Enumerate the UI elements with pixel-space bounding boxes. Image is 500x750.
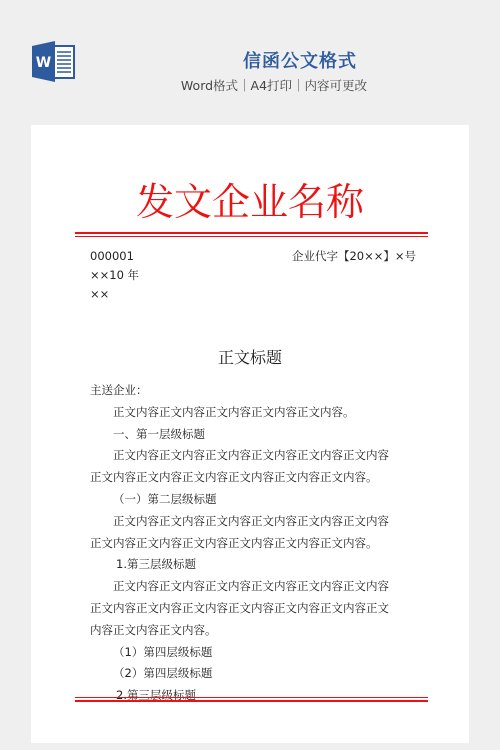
red-footer-rule — [75, 697, 428, 702]
red-header-rule — [75, 232, 428, 237]
heading-level-4: （2）第四层级标题 — [90, 663, 420, 685]
issuing-code: 企业代字【20××】×号 — [292, 247, 416, 266]
document-title: 正文标题 — [31, 345, 469, 368]
template-title: 信函公文格式 — [0, 47, 500, 73]
rule-thin-line — [75, 697, 428, 698]
doc-year: ××10 年 — [90, 266, 139, 285]
body-paragraph-cont: 正文内容正文内容正文内容正文内容正文内容正文内容。 — [90, 533, 420, 555]
body-paragraph: 正文内容正文内容正文内容正文内容正文内容。 — [90, 402, 420, 424]
document-body: 主送企业： 正文内容正文内容正文内容正文内容正文内容。 一、第一层级标题 正文内… — [90, 380, 420, 707]
template-header: W 信函公文格式 Word格式｜A4打印｜内容可更改 — [0, 0, 500, 125]
rule-thick-line — [75, 700, 428, 702]
body-paragraph: 正文内容正文内容正文内容正文内容正文内容正文内容 — [90, 511, 420, 533]
body-paragraph: 正文内容正文内容正文内容正文内容正文内容正文内容 — [90, 576, 420, 598]
rule-thin-line — [75, 236, 428, 237]
document-page: 发文企业名称 000001 ××10 年 ×× 企业代字【20××】×号 正文标… — [31, 125, 469, 743]
document-number-block: 000001 ××10 年 ×× — [90, 247, 139, 304]
recipient-line: 主送企业： — [90, 380, 420, 402]
heading-level-3: 1.第三层级标题 — [90, 554, 420, 576]
body-paragraph-cont: 正文内容正文内容正文内容正文内容正文内容正文内容正文 — [90, 598, 420, 620]
template-subtitle: Word格式｜A4打印｜内容可更改 — [0, 76, 500, 94]
doc-serial: 000001 — [90, 247, 139, 266]
heading-level-2: （一）第二层级标题 — [90, 489, 420, 511]
doc-level: ×× — [90, 285, 139, 304]
body-paragraph-cont: 内容正文内容正文内容。 — [90, 620, 420, 642]
body-paragraph: 正文内容正文内容正文内容正文内容正文内容正文内容 — [90, 445, 420, 467]
body-paragraph-cont: 正文内容正文内容正文内容正文内容正文内容正文内容。 — [90, 467, 420, 489]
heading-level-4: （1）第四层级标题 — [90, 642, 420, 664]
org-name-heading: 发文企业名称 — [31, 177, 469, 227]
rule-thick-line — [75, 232, 428, 234]
heading-level-1: 一、第一层级标题 — [90, 424, 420, 446]
